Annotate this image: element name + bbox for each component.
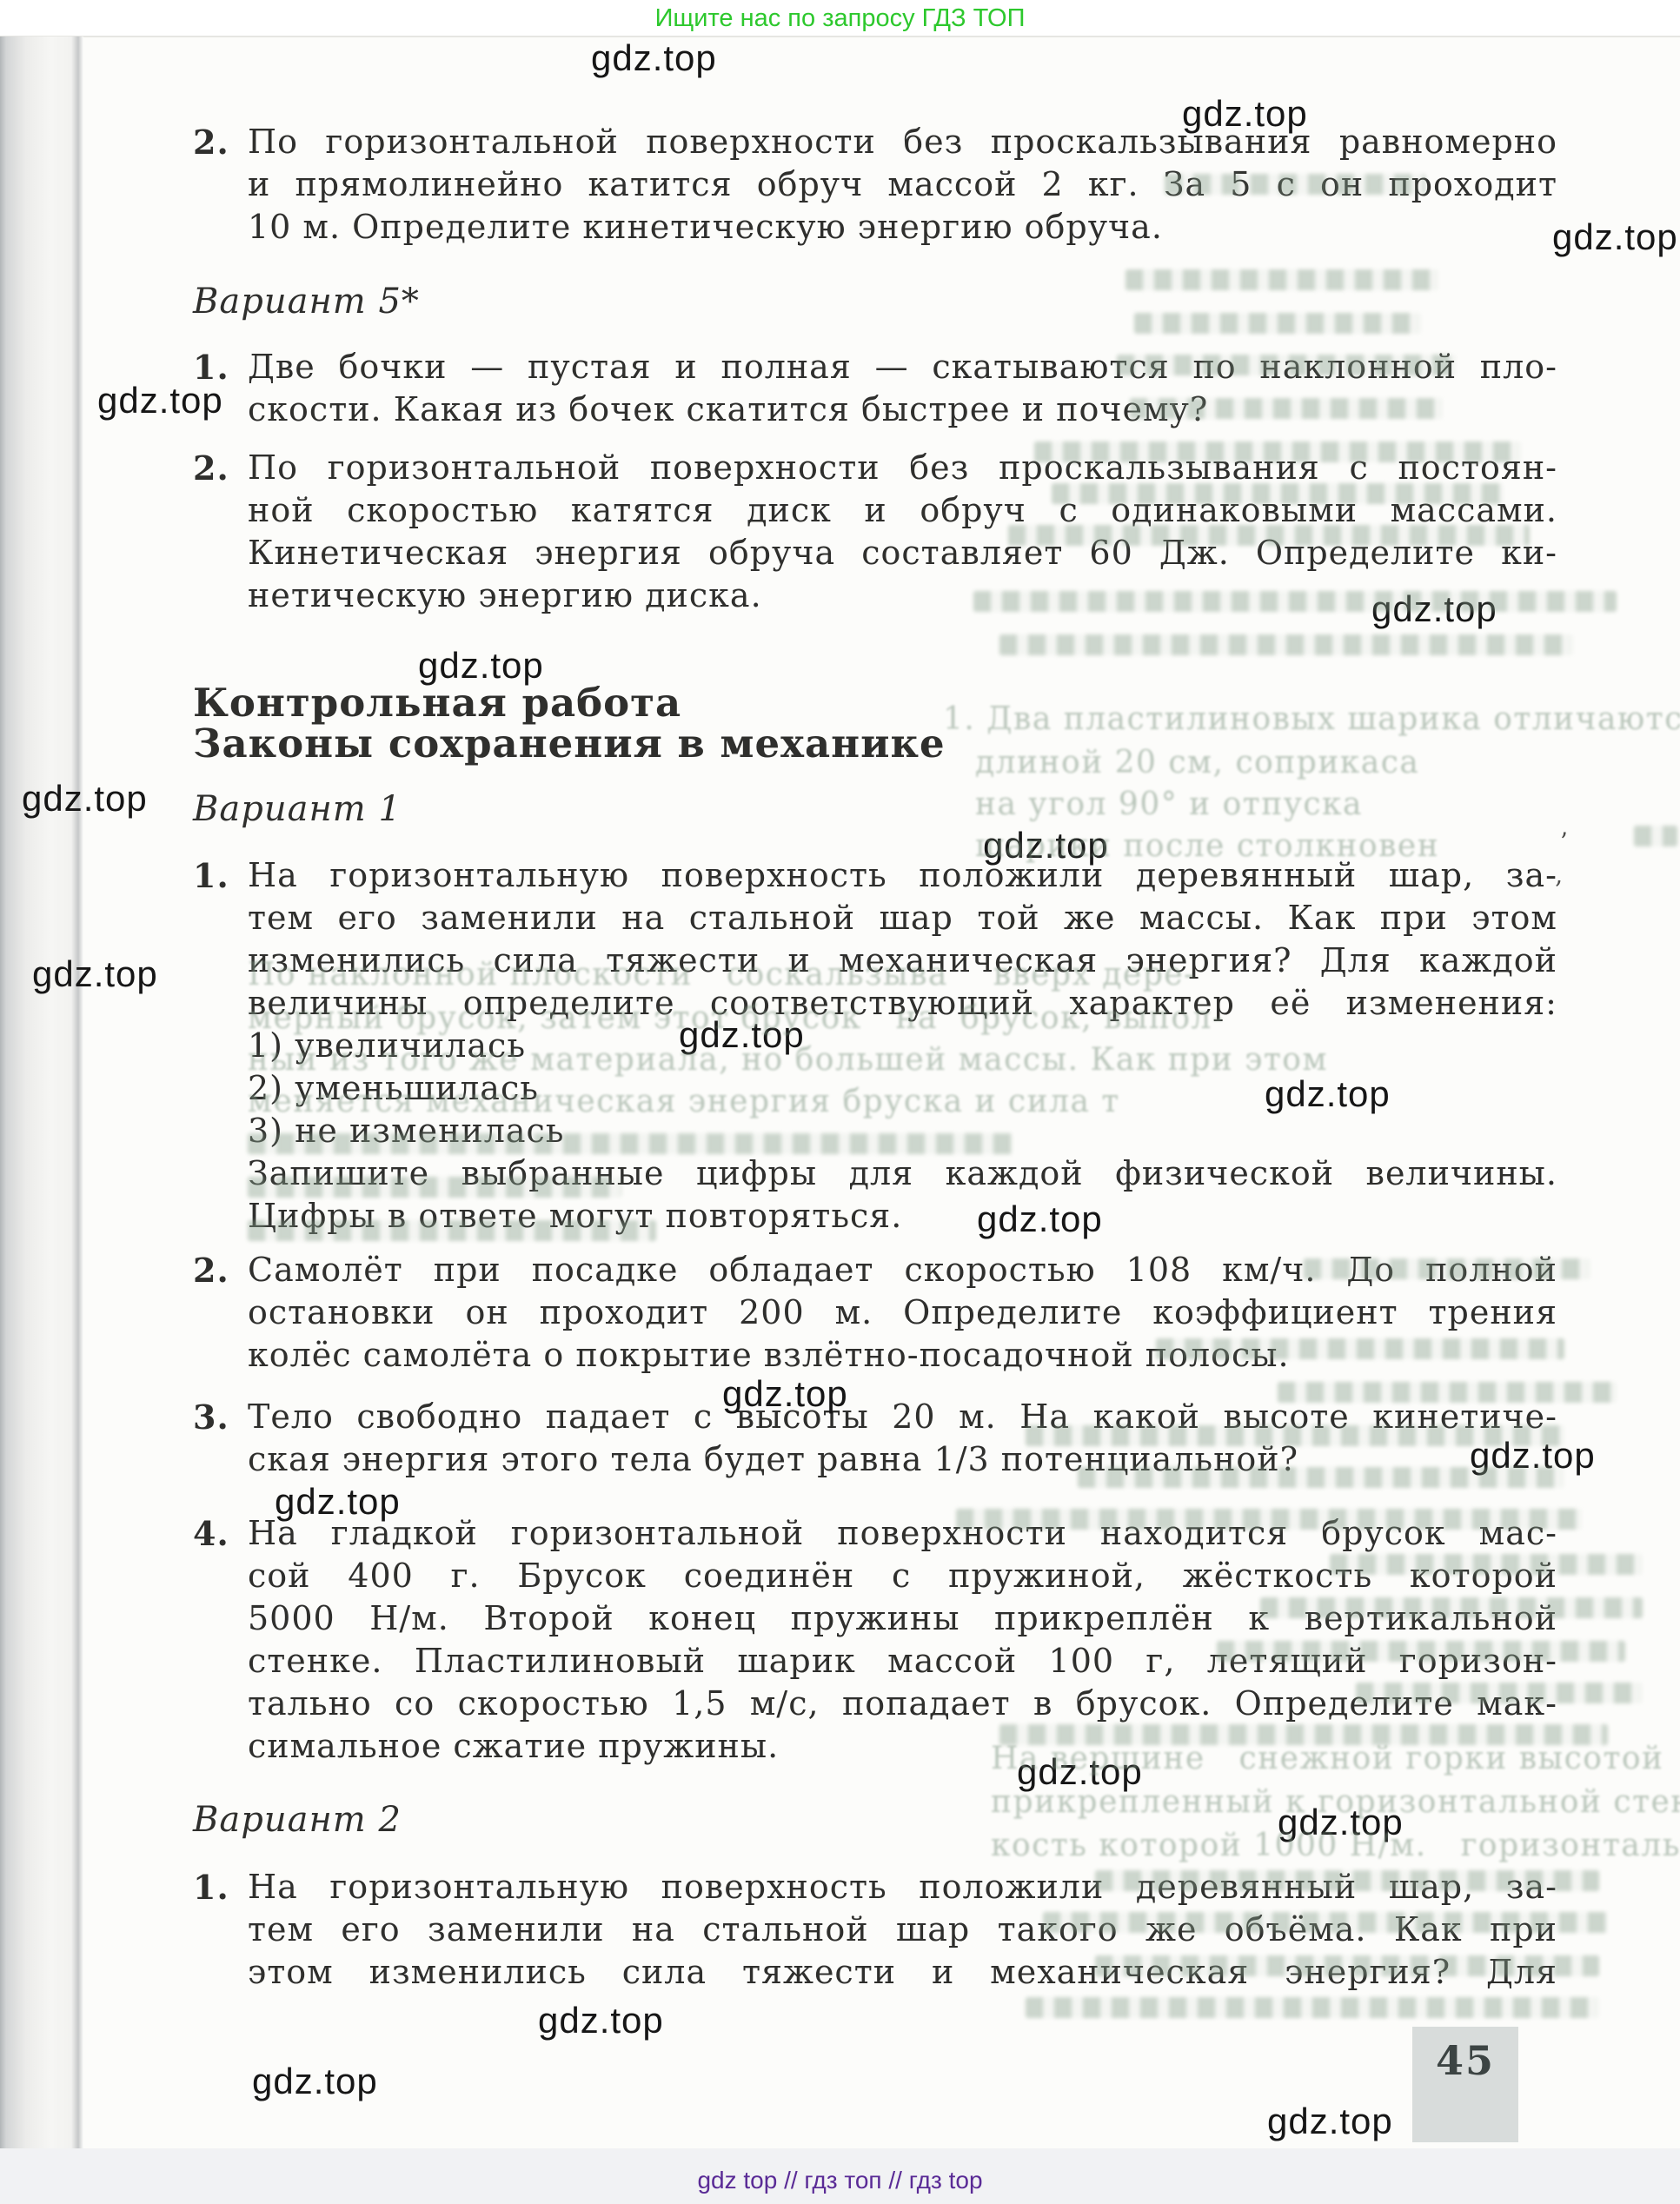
bleed-through-smudge — [1156, 1338, 1564, 1359]
bleed-through-smudge — [1278, 1382, 1617, 1403]
bleed-through-smudge — [1043, 1912, 1608, 1933]
variant-1-title: Вариант 1 — [193, 788, 402, 830]
bleed-through-text: меняется механическая энергия бруска и с… — [248, 1083, 1120, 1121]
problem-line: остановки он проходит 200 м. Определите … — [248, 1291, 1557, 1334]
watermark: gdz.top — [1552, 217, 1678, 257]
test-heading-line2: Законы сохранения в механике — [193, 723, 946, 764]
watermark: gdz.top — [22, 779, 148, 819]
problem-line: По горизонтальной поверхности без проска… — [248, 121, 1557, 163]
top-banner: Ищите нас по запросу ГДЗ ТОП — [0, 3, 1680, 34]
bleed-through-text: прикрепленный к горизонтальной стене пру… — [991, 1783, 1680, 1822]
watermark: gdz.top — [97, 381, 223, 421]
watermark: gdz.top — [722, 1374, 848, 1414]
bleed-through-text: На вершине снежной горки высотой — [991, 1740, 1664, 1778]
watermark: gdz.top — [977, 1199, 1103, 1239]
watermark: gdz.top — [275, 1482, 401, 1522]
page-number-box: 45 — [1412, 2027, 1518, 2142]
bleed-through-smudge — [1130, 398, 1443, 419]
bleed-through-smudge — [1095, 1955, 1599, 1976]
bleed-through-smudge — [1260, 1597, 1643, 1618]
footer-banner: gdz top // гдз топ // гдз top — [0, 2166, 1680, 2195]
problem-number: 1. — [193, 1866, 229, 1909]
bleed-through-text: шарики после столкновен — [975, 827, 1439, 866]
bleed-through-smudge — [973, 591, 1617, 612]
bleed-through-smudge — [1026, 1425, 1564, 1446]
book-scan: Ищите нас по запросу ГДЗ ТОП 2. По гориз… — [0, 0, 1680, 2204]
stray-ink-mark: ’ — [1560, 827, 1568, 856]
variant-5-title: Вариант 5* — [193, 281, 420, 322]
bleed-through-smudge — [1034, 441, 1521, 462]
watermark: gdz.top — [418, 646, 544, 686]
bleed-through-smudge — [1095, 1870, 1599, 1891]
watermark: gdz.top — [591, 38, 717, 78]
bleed-through-text: 1. Два пластилиновых шарика отличаютс — [943, 700, 1680, 739]
bleed-through-smudge — [1117, 355, 1456, 375]
bleed-through-smudge — [1330, 1554, 1643, 1575]
problem-number: 4. — [193, 1512, 229, 1555]
bleed-through-text: на угол 90° и отпуска — [975, 786, 1363, 824]
watermark: gdz.top — [1267, 2101, 1393, 2141]
test-heading-line1: Контрольная работа — [193, 682, 946, 723]
problem-number: 3. — [193, 1396, 229, 1438]
bleed-through-text: ный из того же материала, но большей мас… — [248, 1041, 1328, 1079]
problem-number: 2. — [193, 447, 229, 489]
bleed-through-smudge — [999, 634, 1573, 655]
watermark: gdz.top — [538, 2001, 664, 2041]
book-spine-shadow — [0, 37, 83, 2148]
watermark: gdz.top — [1265, 1074, 1391, 1114]
bleed-through-smudge — [248, 1133, 1013, 1154]
bleed-through-text: длиной 20 см, соприкаса — [975, 744, 1419, 782]
bleed-through-smudge — [1078, 1467, 1564, 1488]
stray-ink-mark: ‚ — [1555, 860, 1563, 889]
bleed-through-smudge — [1126, 269, 1438, 290]
bleed-through-smudge — [1217, 1641, 1625, 1662]
bleed-through-smudge — [248, 1220, 656, 1241]
problem-number: 2. — [193, 121, 229, 163]
variant-2-title: Вариант 2 — [193, 1799, 402, 1841]
problem-line: 10 м. Определите кинетическую энергию об… — [248, 206, 1557, 249]
bleed-through-smudge — [1304, 1258, 1590, 1279]
page-number: 45 — [1412, 2037, 1518, 2084]
bleed-through-smudge — [1165, 174, 1425, 195]
problem-line: тем его заменили на стальной шар той же … — [248, 897, 1557, 939]
bleed-through-smudge — [956, 1509, 1582, 1530]
watermark: gdz.top — [252, 2061, 378, 2101]
bleed-through-smudge — [1052, 483, 1504, 504]
test-heading: Контрольная работа Законы сохранения в м… — [193, 682, 946, 764]
bleed-through-smudge — [1026, 1997, 1599, 2018]
page-top-edge — [0, 36, 1680, 37]
bleed-through-text: По наклонной плоскости соскальзыва вверх… — [248, 956, 1196, 994]
bleed-through-text: мерный брусок, затем этот брусок на брус… — [248, 999, 1225, 1038]
bleed-through-smudge — [1008, 525, 1530, 546]
bleed-through-smudge — [1356, 1683, 1643, 1703]
problem-number: 1. — [193, 854, 229, 897]
problem-number: 2. — [193, 1249, 229, 1291]
bleed-through-smudge — [1134, 313, 1421, 334]
bleed-through-smudge — [999, 1724, 1608, 1745]
watermark: gdz.top — [1182, 94, 1308, 134]
bleed-through-smudge — [248, 1177, 621, 1198]
watermark: gdz.top — [32, 954, 158, 994]
bleed-through-text: кость которой 1000 Н/м. горизонтально со… — [991, 1827, 1680, 1865]
bleed-through-smudge — [1634, 826, 1677, 846]
